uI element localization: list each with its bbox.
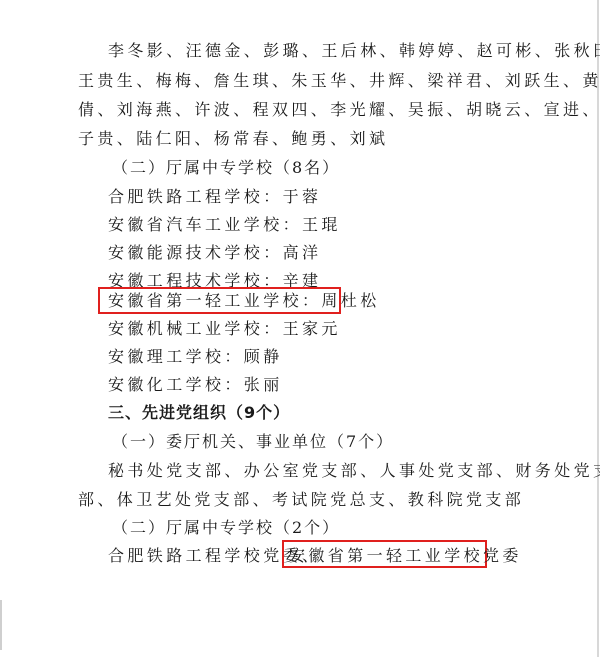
school-item: 安徽能源技术学校：高洋	[108, 243, 321, 263]
school-item: 安徽机械工业学校：王家元	[108, 319, 341, 339]
page-edge-mark	[0, 600, 2, 650]
names-line-4: 子贵、陆仁阳、杨常春、鲍勇、刘斌	[78, 129, 388, 149]
section-heading-party-orgs: 三、先进党组织（9个）	[108, 403, 290, 423]
school-item: 安徽化工学校：张丽	[108, 375, 283, 395]
names-line-1: 李冬影、汪德金、彭璐、王后林、韩婷婷、赵可彬、张秋田、	[108, 41, 600, 61]
school-party-highlighted: 安徽省第一轻工业学校党委	[289, 546, 522, 566]
school-item: 安徽理工学校：顾静	[108, 347, 283, 367]
school-item: 合肥铁路工程学校：于蓉	[108, 187, 321, 207]
page-edge	[597, 0, 599, 657]
offices-line-1: 秘书处党支部、办公室党支部、人事处党支部、财务处党支	[108, 461, 600, 481]
names-line-2: 王贵生、梅梅、詹生琪、朱玉华、井辉、梁祥君、刘跃生、黄凌	[78, 71, 600, 91]
names-line-3: 倩、刘海燕、许波、程双四、李光耀、吴振、胡晓云、宣进、郭	[78, 100, 600, 120]
school-item-highlighted: 安徽省第一轻工业学校：周杜松	[108, 291, 380, 311]
subsection-heading-offices: （一）委厅机关、事业单位（7个）	[112, 432, 394, 452]
section-heading-schools: （二）厅属中专学校（8名）	[112, 158, 340, 178]
subsection-heading-schools: （二）厅属中专学校（2个）	[112, 518, 340, 538]
document-page: 李冬影、汪德金、彭璐、王后林、韩婷婷、赵可彬、张秋田、 王贵生、梅梅、詹生琪、朱…	[0, 0, 600, 657]
offices-line-2: 部、体卫艺处党支部、考试院党总支、教科院党支部	[78, 490, 524, 510]
school-item: 安徽省汽车工业学校：王琨	[108, 215, 341, 235]
